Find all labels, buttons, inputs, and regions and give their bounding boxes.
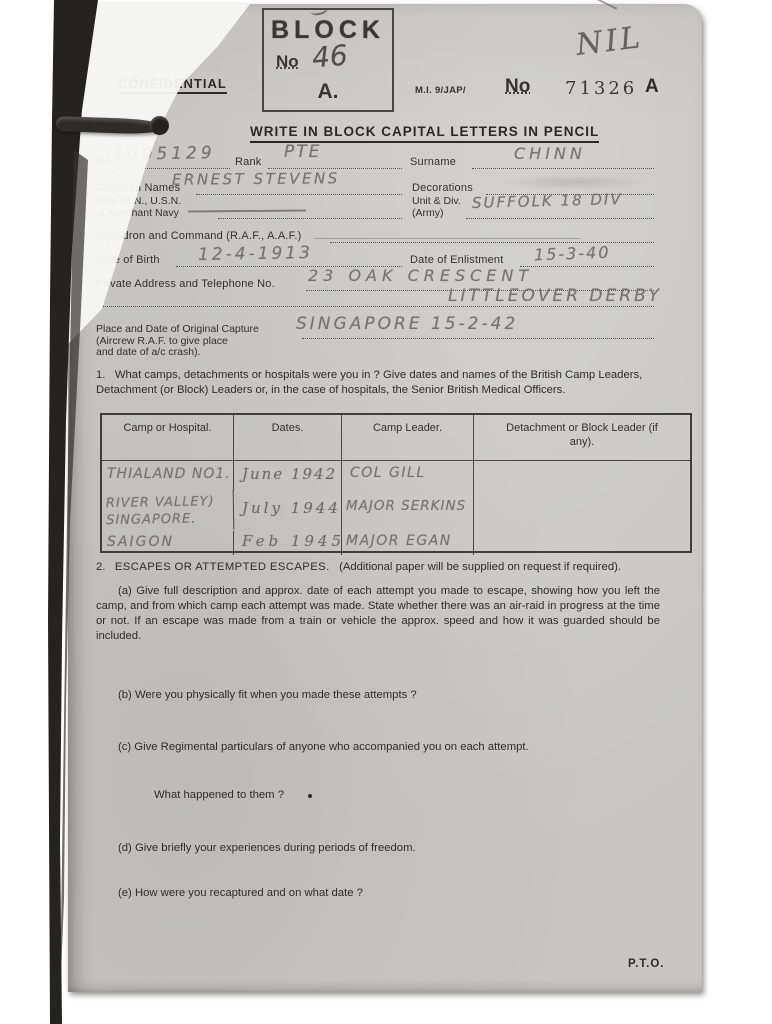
serial-no-label: No <box>505 76 530 98</box>
table-row-1-dates-value: June 1942 <box>242 465 337 483</box>
unit-div-value: SUFFOLK 18 DIV <box>472 190 623 212</box>
unit-div-label-line2: (Army) <box>412 208 444 220</box>
capture-label-line1: Place and Date of Original Capture <box>96 324 259 336</box>
surname-value: CHINN <box>514 144 586 163</box>
table-row-1-leader: COL GILL <box>342 461 474 491</box>
enlistment-line <box>520 266 654 267</box>
form-page: BLOCK No 46 A. NIL CONFIDENTIAL M.I. 9/J… <box>68 4 702 992</box>
question-2d: (d) Give briefly your experiences during… <box>118 841 638 856</box>
squadron-pencil-line <box>314 238 580 239</box>
instruction-header: WRITE IN BLOCK CAPITAL LETTERS IN PENCIL <box>250 124 599 143</box>
block-stamp-box: BLOCK No 46 A. <box>262 8 394 112</box>
serial-suffix: A <box>645 76 659 98</box>
question-2a: (a) Give full description and approx. da… <box>96 584 660 645</box>
dob-value: 12-4-1913 <box>198 243 313 265</box>
ink-dot <box>308 794 312 798</box>
binding-string-knot <box>150 116 169 135</box>
question-2c-followup: What happened to them ? <box>154 788 454 803</box>
decorations-erased-smudge <box>498 174 648 190</box>
christian-names-line <box>196 194 402 195</box>
rank-label: Rank <box>235 156 261 168</box>
table-row-1-camp: THIALAND NO1. <box>102 461 234 491</box>
decorations-label: Decorations <box>412 182 473 194</box>
rank-value: PTE <box>284 142 321 162</box>
pencil-mark-top-right <box>593 0 617 10</box>
serial-number: 71326 <box>565 78 637 99</box>
camp-table-header-dates: Dates. <box>234 415 342 461</box>
surname-label: Surname <box>410 156 456 168</box>
question-1: 1. What camps, detachments or hospitals … <box>96 368 660 398</box>
address-label: Private Address and Telephone No. <box>96 278 275 290</box>
pto-note: P.T.O. <box>628 958 664 970</box>
table-row-2-dates-value: July 1944 <box>242 499 341 517</box>
camp-table-header-camp: Camp or Hospital. <box>102 415 234 461</box>
camp-table-header-leader: Camp Leader. <box>342 415 474 461</box>
nil-annotation: NIL <box>574 20 645 63</box>
table-row-3-dates: Feb 1945 <box>234 531 342 555</box>
enlistment-value: 15-3-40 <box>534 243 611 265</box>
block-no-label: No <box>276 52 299 72</box>
table-row-2-leader: MAJOR SERKINS <box>342 491 474 531</box>
table-row-2-detachment <box>474 491 690 531</box>
table-row-3-dates-value: Feb 1945 <box>242 532 345 550</box>
capture-line <box>302 338 654 339</box>
table-row-2-camp: RIVER VALLEY) SINGAPORE. <box>102 490 235 532</box>
capture-label-line3: and date of a/c crash). <box>96 347 200 359</box>
enlistment-label: Date of Enlistment <box>410 254 503 266</box>
table-row-3-detachment <box>474 531 690 555</box>
capture-value: SINGAPORE 15-2-42 <box>296 314 518 334</box>
address-value-line1: 23 OAK CRESCENT <box>308 266 533 285</box>
form-reference: M.I. 9/JAP/ <box>415 85 466 96</box>
camp-table: Camp or Hospital. Dates. Camp Leader. De… <box>100 413 692 553</box>
table-row-1-detachment <box>474 461 690 491</box>
squadron-label: Squadron and Command (R.A.F., A.A.F.) <box>96 230 302 242</box>
question-2-heading: 2. ESCAPES OR ATTEMPTED ESCAPES. (Additi… <box>96 560 660 575</box>
surname-line <box>472 168 654 169</box>
question-1-text: What camps, detachments or hospitals wer… <box>96 369 642 396</box>
question-2e: (e) How were you recaptured and on what … <box>118 886 638 901</box>
torn-page-edge <box>30 0 110 1024</box>
camp-table-header-detachment: Detachment or Block Leader (if any). <box>474 415 690 461</box>
table-row-1-dates: June 1942 <box>234 461 342 491</box>
ship-strike-line <box>188 209 306 212</box>
table-row-3-leader: MAJOR EGAN <box>342 531 474 555</box>
question-2-note: (Additional paper will be supplied on re… <box>339 561 621 573</box>
unit-div-label-line1: Unit & Div. <box>412 196 461 208</box>
address-line2 <box>96 306 654 307</box>
table-row-3-camp: SAIGON <box>102 531 234 555</box>
question-2c: (c) Give Regimental particulars of anyon… <box>118 740 658 755</box>
unit-div-line <box>466 218 654 219</box>
block-number-handwritten: 46 <box>311 39 349 75</box>
block-stamp-suffix: A. <box>264 80 392 104</box>
scanned-pow-questionnaire: BLOCK No 46 A. NIL CONFIDENTIAL M.I. 9/J… <box>0 0 772 1024</box>
question-2-title: ESCAPES OR ATTEMPTED ESCAPES. <box>115 561 330 573</box>
question-2b: (b) Were you physically fit when you mad… <box>118 688 638 703</box>
christian-names-value: ERNEST STEVENS <box>172 169 340 188</box>
table-row-2-dates: July 1944 <box>234 491 342 531</box>
address-value-line2: LITTLEOVER DERBY <box>448 286 662 306</box>
ship-line <box>218 218 402 219</box>
